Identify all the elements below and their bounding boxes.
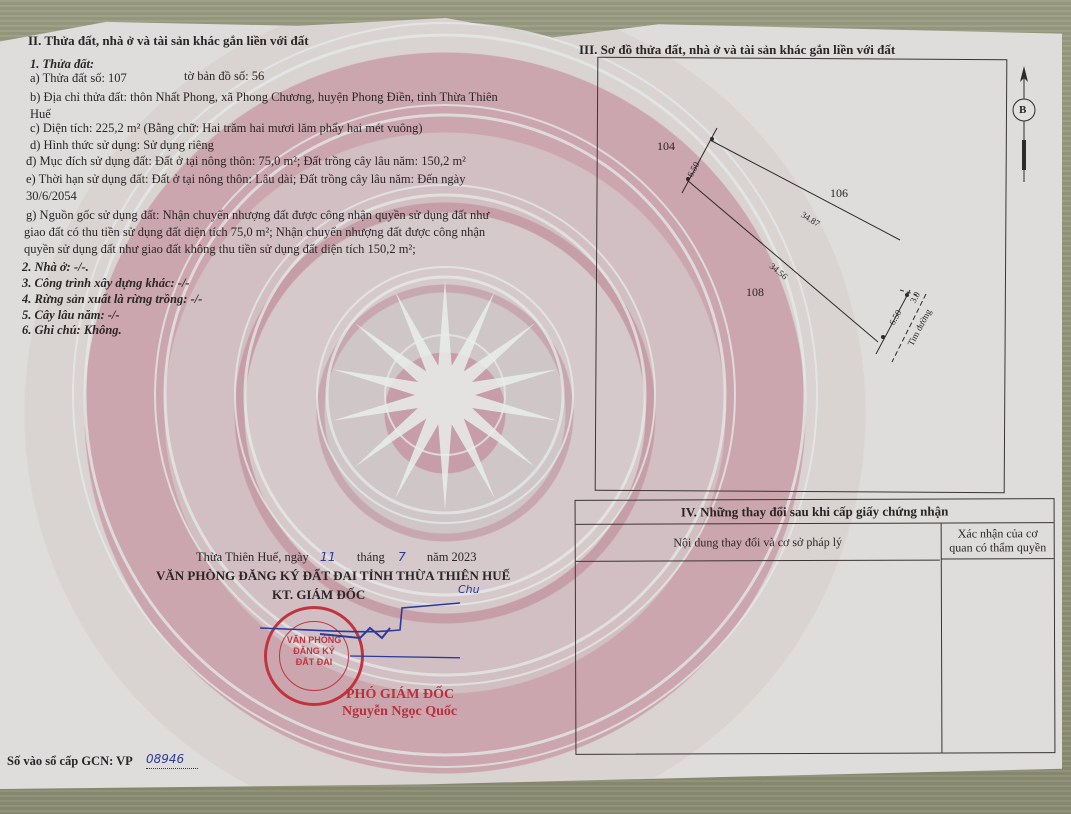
issue-place-date: Thừa Thiên Huế, ngày 11 tháng 7 năm 2023 xyxy=(196,549,477,566)
map-sheet-number: tờ bản đồ số: 56 xyxy=(184,69,264,85)
column-confirm-line-1: Xác nhận của cơ xyxy=(942,526,1054,540)
section-2-title: II. Thửa đất, nhà ở và tài sản khác gắn … xyxy=(28,33,309,49)
column-change-content: Nội dung thay đổi và cơ sở pháp lý xyxy=(576,524,940,562)
section-4-title: IV. Những thay đổi sau khi cấp giấy chứn… xyxy=(576,499,1054,525)
parcel-area: c) Diện tích: 225,2 m² (Bằng chữ: Hai tr… xyxy=(30,121,423,137)
registry-label: Số vào sổ cấp GCN: VP xyxy=(7,754,133,770)
neighbor-parcel-104: 104 xyxy=(657,139,675,155)
issue-month: 7 xyxy=(398,549,406,564)
month-label: tháng xyxy=(357,550,385,564)
signature-scribble-icon xyxy=(260,598,460,668)
parcel-address: b) Địa chỉ thửa đất: thôn Nhất Phong, xã… xyxy=(30,90,498,106)
issue-year: năm 2023 xyxy=(427,550,477,564)
signer-name: Nguyễn Ngọc Quốc xyxy=(342,704,457,720)
neighbor-parcel-108: 108 xyxy=(746,285,764,301)
neighbor-parcel-106: 106 xyxy=(830,186,848,202)
registry-number: 08946 xyxy=(146,752,198,769)
house-item: 2. Nhà ở: -/-. xyxy=(22,260,89,276)
initials-mark: Chu xyxy=(458,582,480,598)
issue-day: 11 xyxy=(320,549,336,564)
parcel-diagram xyxy=(596,58,1006,498)
other-construction-item: 3. Công trình xây dựng khác: -/- xyxy=(22,276,190,292)
column-authority-confirmation: Xác nhận của cơ quan có thẩm quyền xyxy=(941,523,1054,559)
signer-title: PHÓ GIÁM ĐỐC xyxy=(346,687,454,703)
changes-table: IV. Những thay đổi sau khi cấp giấy chứn… xyxy=(575,498,1056,755)
parcel-number: a) Thửa đất số: 107 xyxy=(30,71,127,87)
usage-term-date: 30/6/2054 xyxy=(26,189,77,205)
land-origin: g) Nguồn gốc sử dụng đất: Nhận chuyển nh… xyxy=(26,208,489,224)
land-origin-2: giao đất có thu tiền sử dụng đất diện tí… xyxy=(24,225,485,241)
land-origin-3: quyền sử dụng đất như giao đất không thu… xyxy=(24,242,416,258)
usage-term: e) Thời hạn sử dụng đất: Đất ở tại nông … xyxy=(26,172,465,188)
column-confirm-line-2: quan có thẩm quyền xyxy=(942,540,1054,554)
north-label: B xyxy=(1019,103,1026,119)
date-prefix: Thừa Thiên Huế, ngày xyxy=(196,550,309,564)
usage-purpose: đ) Mục đích sử dụng đất: Đất ở tại nông … xyxy=(26,154,466,170)
section-3-title: III. Sơ đồ thửa đất, nhà ở và tài sản kh… xyxy=(579,42,895,58)
column-divider xyxy=(941,560,943,753)
north-arrow-icon xyxy=(1012,66,1036,186)
usage-form: d) Hình thức sử dụng: Sử dụng riêng xyxy=(30,138,214,154)
planted-forest-item: 4. Rừng sản xuất là rừng trồng: -/- xyxy=(22,292,202,308)
perennial-trees-item: 5. Cây lâu năm: -/- xyxy=(22,308,120,324)
notes-item: 6. Ghi chú: Không. xyxy=(22,323,122,339)
